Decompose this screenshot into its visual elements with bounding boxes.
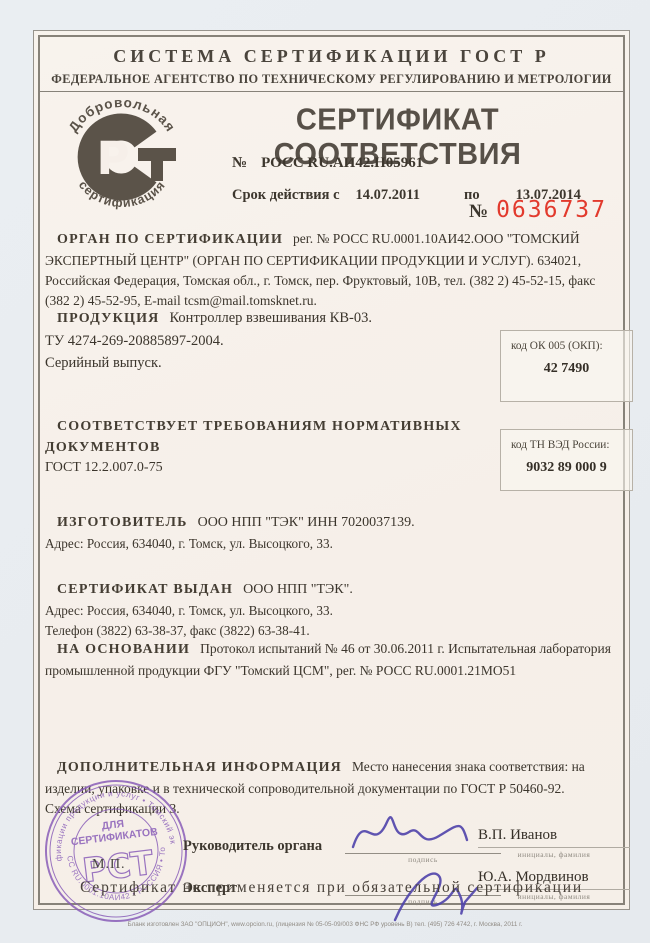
valid-from-date: 14.07.2011 xyxy=(356,187,420,203)
validity-label: Срок действия с xyxy=(232,187,340,203)
conforms-label-line: СООТВЕТСТВУЕТ ТРЕБОВАНИЯМ НОРМАТИВНЫХ ДО… xyxy=(45,417,500,458)
stamp-icon: Орган по сертификации продукции и услуг … xyxy=(31,766,200,935)
logo-letter-p: Р xyxy=(97,132,130,185)
product-label: ПРОДУКЦИЯ xyxy=(57,311,159,326)
head-autograph xyxy=(353,817,467,847)
additional-info-label: ДОПОЛНИТЕЛЬНАЯ ИНФОРМАЦИЯ xyxy=(57,760,342,775)
manufacturer-address: Адрес: Россия, 634040, г. Томск, ул. Выс… xyxy=(45,534,618,554)
manufacturer-label: ИЗГОТОВИТЕЛЬ xyxy=(57,515,188,530)
manufacturer-text: ООО НПП "ТЭК" ИНН 7020037139. xyxy=(198,515,415,530)
product-name: Контроллер взвешивания КВ-03. xyxy=(169,310,371,326)
okp-code-box: код ОК 005 (ОКП): 42 7490 xyxy=(500,330,633,402)
certificate-frame-inner: СИСТЕМА СЕРТИФИКАЦИИ ГОСТ Р ФЕДЕРАЛЬНОЕ … xyxy=(38,35,625,905)
tnved-code-label: код ТН ВЭД России: xyxy=(511,439,622,451)
certification-system-title: СИСТЕМА СЕРТИФИКАЦИИ ГОСТ Р xyxy=(40,46,623,67)
head-name-column: В.П. Иванов инициалы, фамилия xyxy=(478,827,630,859)
issued-to-text: ООО НПП "ТЭК". xyxy=(243,582,353,597)
blank-number-sign: № xyxy=(469,201,488,222)
okp-code-label: код ОК 005 (ОКП): xyxy=(511,340,622,352)
mandatory-certification-note: Сертификат не применяется при обязательн… xyxy=(40,879,623,897)
conforms-label: СООТВЕТСТВУЕТ ТРЕБОВАНИЯМ НОРМАТИВНЫХ ДО… xyxy=(45,419,462,455)
logo-t-stem xyxy=(151,148,163,181)
blank-number-line: №0636737 xyxy=(469,197,607,223)
section-manufacturer: ИЗГОТОВИТЕЛЬООО НПП "ТЭК" ИНН 7020037139… xyxy=(45,513,618,554)
head-role-label: Руководитель органа xyxy=(183,838,322,855)
tnved-code-box: код ТН ВЭД России: 9032 89 000 9 xyxy=(500,429,633,491)
section-issued-to: СЕРТИФИКАТ ВЫДАНООО НПП "ТЭК". Адрес: Ро… xyxy=(45,580,618,640)
section-product: ПРОДУКЦИЯКонтроллер взвешивания КВ-03. Т… xyxy=(45,307,495,375)
tnved-code-value: 9032 89 000 9 xyxy=(511,460,622,476)
reg-number-sign: № xyxy=(232,155,247,171)
product-name-line: ПРОДУКЦИЯКонтроллер взвешивания КВ-03. xyxy=(45,307,495,330)
registration-number-line: №РОСС RU.АИ42.Н05961 xyxy=(232,155,423,172)
section-conforms: СООТВЕТСТВУЕТ ТРЕБОВАНИЯМ НОРМАТИВНЫХ ДО… xyxy=(45,417,500,479)
rst-logo: Добровольная сертификация Р xyxy=(56,99,188,211)
blank-number-value: 0636737 xyxy=(496,197,607,223)
blank-print-info: Бланк изготовлен ЗАО "ОПЦИОН", www.opcio… xyxy=(0,921,650,928)
certification-stamp: Орган по сертификации продукции и услуг … xyxy=(31,766,200,935)
product-tu-line: ТУ 4274-269-20885897-2004. xyxy=(45,330,495,352)
section-certification-body: ОРГАН ПО СЕРТИФИКАЦИИрег. № РОСС RU.0001… xyxy=(45,229,618,311)
issued-to-phone: Телефон (3822) 63-38-37, факс (3822) 63-… xyxy=(45,621,618,641)
certificate-page: СИСТЕМА СЕРТИФИКАЦИИ ГОСТ Р ФЕДЕРАЛЬНОЕ … xyxy=(0,0,650,943)
product-serial-line: Серийный выпуск. xyxy=(45,352,495,374)
certificate-frame: СИСТЕМА СЕРТИФИКАЦИИ ГОСТ Р ФЕДЕРАЛЬНОЕ … xyxy=(33,30,630,910)
issued-to-label: СЕРТИФИКАТ ВЫДАН xyxy=(57,582,233,597)
issued-to-address: Адрес: Россия, 634040, г. Томск, ул. Выс… xyxy=(45,601,618,621)
head-name: В.П. Иванов xyxy=(478,827,630,848)
basis-label: НА ОСНОВАНИИ xyxy=(57,642,190,657)
issued-to-line: СЕРТИФИКАТ ВЫДАНООО НПП "ТЭК". xyxy=(45,580,618,601)
certificate-header: СИСТЕМА СЕРТИФИКАЦИИ ГОСТ Р ФЕДЕРАЛЬНОЕ … xyxy=(40,37,623,92)
rst-logo-icon: Добровольная сертификация Р xyxy=(56,99,188,211)
manufacturer-line: ИЗГОТОВИТЕЛЬООО НПП "ТЭК" ИНН 7020037139… xyxy=(45,513,618,534)
okp-code-value: 42 7490 xyxy=(511,361,622,377)
reg-number-value: РОСС RU.АИ42.Н05961 xyxy=(261,155,423,171)
section-basis: НА ОСНОВАНИИПротокол испытаний № 46 от 3… xyxy=(45,639,618,681)
mp-seal-placeholder: М.П. xyxy=(92,857,126,873)
conforms-standard: ГОСТ 12.2.007.0-75 xyxy=(45,458,500,479)
certification-body-label: ОРГАН ПО СЕРТИФИКАЦИИ xyxy=(57,232,283,247)
federal-agency-subtitle: ФЕДЕРАЛЬНОЕ АГЕНТСТВО ПО ТЕХНИЧЕСКОМУ РЕ… xyxy=(40,72,623,87)
head-name-caption: инициалы, фамилия xyxy=(478,850,630,859)
